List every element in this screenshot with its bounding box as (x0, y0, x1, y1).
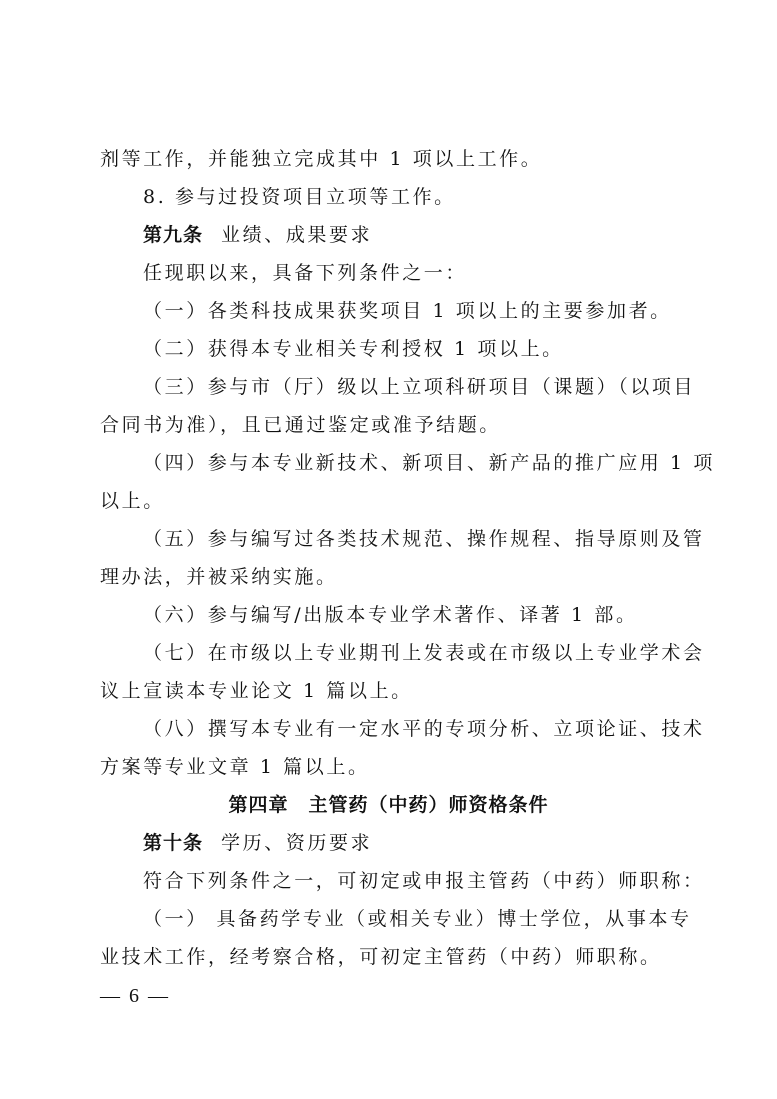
paragraph-line: 8. 参与过投资项目立项等工作。 (143, 185, 683, 209)
article-subtitle: 业绩、成果要求 (221, 224, 372, 246)
list-item-continuation: 合同书为准），且已通过鉴定或准予结题。 (100, 413, 680, 437)
paragraph-line: 剂等工作，并能独立完成其中 1 项以上工作。 (100, 147, 680, 171)
article-number: 第十条 (143, 832, 203, 854)
list-item-continuation: 以上。 (100, 489, 680, 513)
list-item: （二）获得本专业相关专利授权 1 项以上。 (143, 337, 683, 361)
list-item: （五）参与编写过各类技术规范、操作规程、指导原则及管 (143, 527, 683, 551)
list-item: （七）在市级以上专业期刊上发表或在市级以上专业学术会 (143, 641, 683, 665)
list-item-continuation: 理办法，并被采纳实施。 (100, 565, 680, 589)
list-item-continuation: 方案等专业文章 1 篇以上。 (100, 755, 680, 779)
list-item: （六）参与编写/出版本专业学术著作、译著 1 部。 (143, 603, 683, 627)
list-item: （一）各类科技成果获奖项目 1 项以上的主要参加者。 (143, 299, 683, 323)
paragraph-line: 符合下列条件之一，可初定或申报主管药（中药）师职称： (143, 869, 683, 893)
list-item-continuation: 业技术工作，经考察合格，可初定主管药（中药）师职称。 (100, 945, 680, 969)
page-number: — 6 — (100, 985, 170, 1008)
article-heading: 第九条业绩、成果要求 (143, 223, 683, 247)
article-heading: 第十条学历、资历要求 (143, 831, 683, 855)
article-number: 第九条 (143, 224, 203, 246)
paragraph-line: 任现职以来，具备下列条件之一： (143, 261, 683, 285)
chapter-heading: 第四章 主管药（中药）师资格条件 (0, 793, 777, 817)
list-item-continuation: 议上宣读本专业论文 1 篇以上。 (100, 679, 680, 703)
list-item: （三）参与市（厅）级以上立项科研项目（课题）（以项目 (143, 375, 683, 399)
list-item: （四）参与本专业新技术、新项目、新产品的推广应用 1 项 (143, 451, 683, 475)
article-subtitle: 学历、资历要求 (221, 832, 372, 854)
document-page: 剂等工作，并能独立完成其中 1 项以上工作。 8. 参与过投资项目立项等工作。 … (0, 0, 777, 1099)
list-item: （八）撰写本专业有一定水平的专项分析、立项论证、技术 (143, 717, 683, 741)
list-item: （一） 具备药学专业（或相关专业）博士学位，从事本专 (143, 907, 683, 931)
